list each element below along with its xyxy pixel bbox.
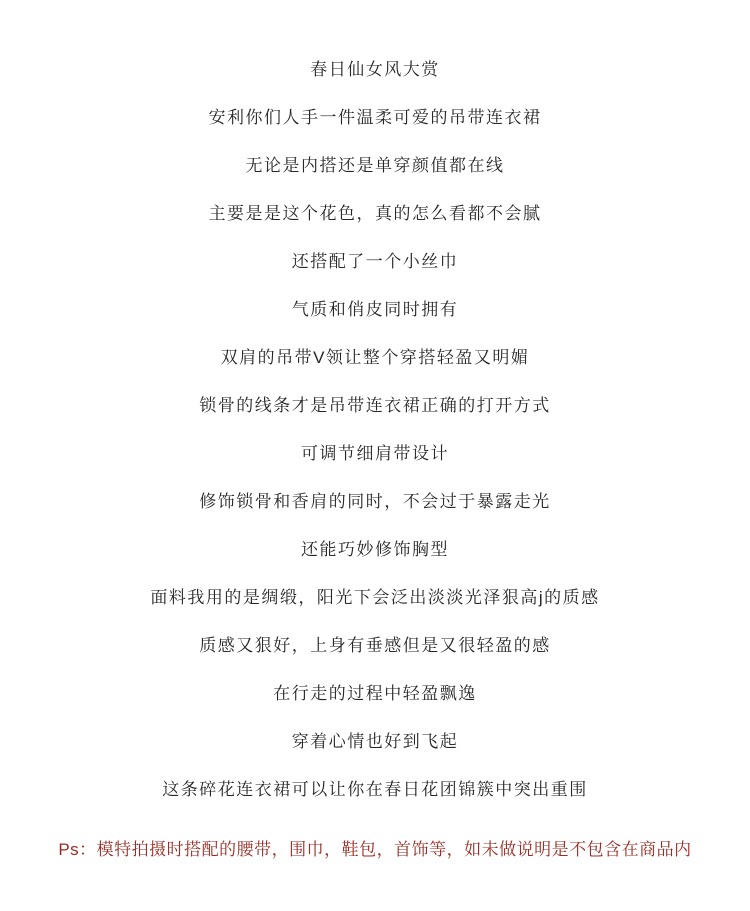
headline-text: 春日仙女风大赏 [0,46,750,94]
copy-line: 修饰锁骨和香肩的同时，不会过于暴露走光 [0,478,750,526]
copy-line: 安利你们人手一件温柔可爱的吊带连衣裙 [0,94,750,142]
copy-line: 双肩的吊带V领让整个穿搭轻盈又明媚 [0,334,750,382]
copy-line: 这条碎花连衣裙可以让你在春日花团锦簇中突出重围 [0,766,750,814]
copy-line: 质感又狠好，上身有垂感但是又很轻盈的感 [0,622,750,670]
copy-line: 还能巧妙修饰胸型 [0,526,750,574]
copy-line: 气质和俏皮同时拥有 [0,286,750,334]
copy-line: 锁骨的线条才是吊带连衣裙正确的打开方式 [0,382,750,430]
product-description-page: 春日仙女风大赏 安利你们人手一件温柔可爱的吊带连衣裙 无论是内搭还是单穿颜值都在… [0,0,750,911]
disclaimer-note: Ps：模特拍摄时搭配的腰带，围巾，鞋包，首饰等，如未做说明是不包含在商品内 [0,826,750,874]
copy-line: 在行走的过程中轻盈飘逸 [0,670,750,718]
copy-line: 还搭配了一个小丝巾 [0,238,750,286]
copy-line: 主要是是这个花色，真的怎么看都不会腻 [0,190,750,238]
copy-line: 穿着心情也好到飞起 [0,718,750,766]
copy-line: 可调节细肩带设计 [0,430,750,478]
copy-line: 面料我用的是绸缎，阳光下会泛出淡淡光泽狠高j的质感 [0,574,750,622]
copy-line: 无论是内搭还是单穿颜值都在线 [0,142,750,190]
